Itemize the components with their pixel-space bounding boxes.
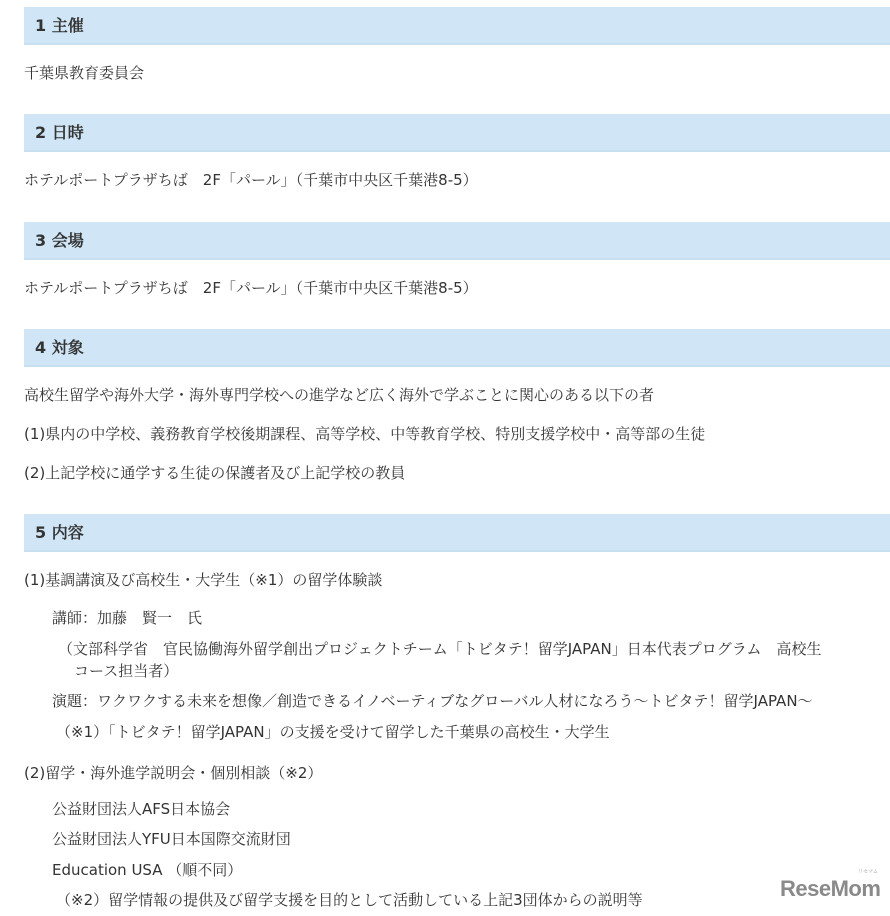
content-item-1-title: (1)基調講演及び高校生・大学生（※1）の留学体験談 [24, 570, 382, 590]
organizer-text: 千葉県教育委員会 [24, 63, 144, 83]
lecturer-name: 講師：加藤 賢一 氏 [52, 608, 202, 628]
section-heading-venue: 3 会場 [24, 222, 890, 260]
venue-text: ホテルポートプラザちば 2F「パール」（千葉市中央区千葉港8-5） [24, 278, 478, 298]
target-item-2: (2)上記学校に通学する生徒の保護者及び上記学校の教員 [24, 463, 405, 483]
note-2: （※2）留学情報の提供及び留学支援を目的として活動している上記3団体からの説明等 [56, 890, 643, 910]
section-heading-datetime: 2 日時 [24, 114, 890, 152]
org-yfu: 公益財団法人YFU日本国際交流財団 [52, 829, 291, 849]
logo-ruby: リセマム [858, 868, 878, 875]
org-afs: 公益財団法人AFS日本協会 [52, 799, 230, 819]
resemom-logo: ReseMom [780, 876, 880, 902]
section-heading-organizer: 1 主催 [24, 7, 890, 45]
lecturer-affiliation-line1: （文部科学省 官民協働海外留学創出プロジェクトチーム「トビタテ！留学JAPAN」… [58, 639, 822, 659]
content-item-2-title: (2)留学・海外進学説明会・個別相談（※2） [24, 763, 322, 783]
note-1: （※1）「トビタテ！留学JAPAN」の支援を受けて留学した千葉県の高校生・大学生 [56, 722, 610, 742]
lecture-topic: 演題：ワクワクする未来を想像／創造できるイノベーティブなグローバル人材になろう～… [52, 691, 813, 711]
lecturer-affiliation-line2: コース担当者） [74, 661, 178, 681]
target-item-1: (1)県内の中学校、義務教育学校後期課程、高等学校、中等教育学校、特別支援学校中… [24, 424, 705, 444]
document-page: 1 主催 千葉県教育委員会 2 日時 ホテルポートプラザちば 2F「パール」（千… [0, 0, 890, 916]
section-heading-content: 5 内容 [24, 514, 890, 552]
target-intro: 高校生留学や海外大学・海外専門学校への進学など広く海外で学ぶことに関心のある以下… [24, 385, 654, 405]
org-education-usa: Education USA （順不同） [52, 860, 242, 880]
section-heading-target: 4 対象 [24, 329, 890, 367]
datetime-text: ホテルポートプラザちば 2F「パール」（千葉市中央区千葉港8-5） [24, 170, 478, 190]
